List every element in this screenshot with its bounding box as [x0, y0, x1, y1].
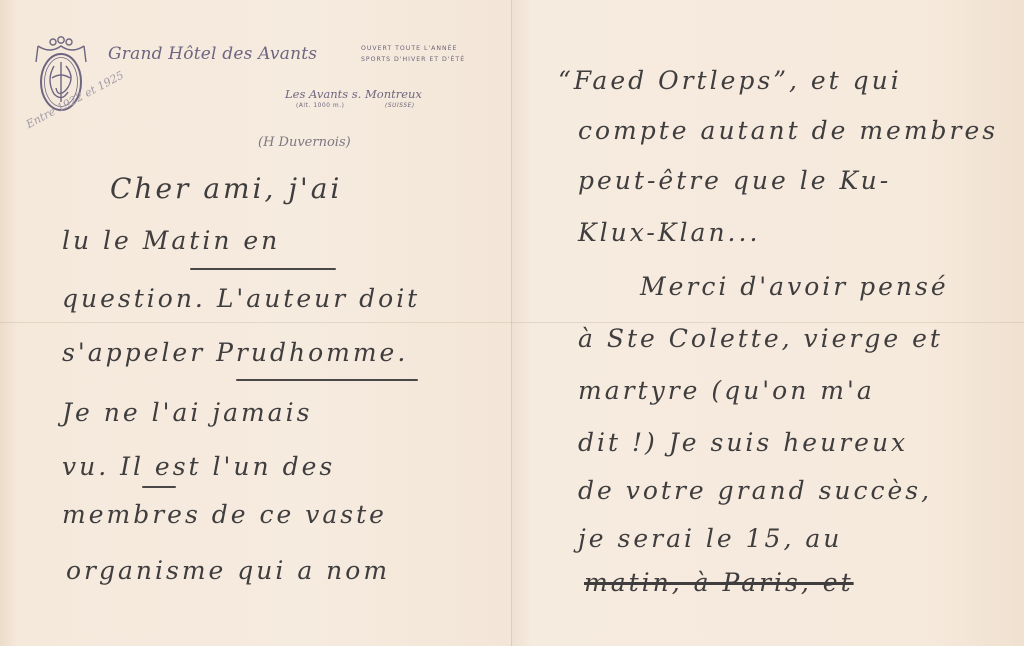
letter-line: question. L'auteur doit [62, 284, 420, 313]
underline-il [142, 486, 176, 488]
letter-line: Klux-Klan... [578, 218, 760, 247]
pencil-author-note: (H Duvernois) [258, 135, 351, 150]
hotel-tagline: OUVERT TOUTE L'ANNÉE SPORTS D'HIVER ET D… [361, 43, 465, 65]
letter-line: martyre (qu'on m'a [578, 376, 875, 405]
hotel-address: Les Avants s. Montreux [285, 87, 422, 101]
letter-line: à Ste Colette, vierge et [578, 324, 943, 353]
letter-line: Je ne l'ai jamais [62, 398, 312, 427]
center-fold [511, 0, 513, 646]
letter-line: lu le Matin en [62, 226, 280, 255]
hotel-tagline-open: OUVERT TOUTE L'ANNÉE [361, 43, 465, 54]
hotel-altitude: (Alt. 1000 m.) [296, 103, 345, 109]
letter-line: Merci d'avoir pensé [640, 272, 949, 301]
letter-line: membres de ce vaste [62, 500, 387, 529]
hotel-country: (SUISSE) [385, 103, 415, 109]
letter-line: Cher ami, j'ai [110, 172, 342, 205]
letter-line: je serai le 15, au [578, 524, 842, 553]
letter-line: organisme qui a nom [66, 556, 390, 585]
letter-line: s'appeler Prudhomme. [62, 338, 408, 367]
letter-line: vu. Il est l'un des [62, 452, 335, 481]
letter-line: peut-être que le Ku- [578, 166, 891, 195]
letter-line: de votre grand succès, [578, 476, 932, 505]
letter-line: dit !) Je suis heureux [578, 428, 908, 457]
letter-line: “Faed Ortleps”, et qui [558, 66, 902, 95]
letter-line-struck: matin, à Paris, et [584, 568, 854, 597]
underline-prudhomme [236, 379, 418, 381]
horizontal-crease [0, 322, 1024, 323]
hotel-tagline-sports: SPORTS D'HIVER ET D'ÉTÉ [361, 54, 465, 65]
letter-line: compte autant de membres [578, 116, 998, 145]
hotel-name: Grand Hôtel des Avants [108, 44, 317, 64]
underline-matin [190, 268, 336, 270]
